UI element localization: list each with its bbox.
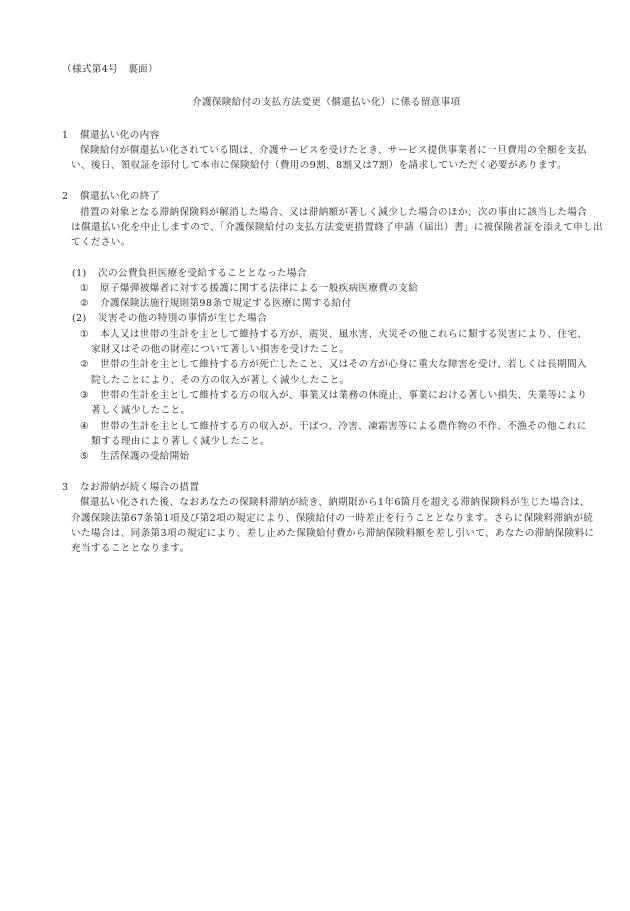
section-heading-text: なお滞納が続く場合の措置 [80, 482, 199, 493]
item-number: (1) [72, 268, 98, 280]
section-2-paragraph-line: 措置の対象となる滞納保険料が解消した場合、又は滞納額が著しく減少した場合のほか、… [80, 207, 587, 219]
item-number: (2) [72, 313, 98, 325]
subitem-2-3: ③世帯の生計を主として維持する方の収入が、事業又は業務の休廃止、事業における著し… [80, 390, 587, 402]
section-heading-text: 償還払い化の内容 [80, 130, 160, 141]
subitem-number: ③ [80, 390, 100, 402]
section-3-paragraph-line: いた場合は、同条第3項の規定により、差し止めた保険給付費から滞納保険料額を差し引… [71, 528, 594, 540]
subitem-text: 介護保険法施行規則第98条で規定する医療に関する給付 [100, 298, 352, 309]
subitem-2-1: ①本人又は世帯の生計を主として維持する方が、震災、風水害、火災その他これらに類す… [80, 329, 587, 341]
subitem-2-5: ⑤生活保護の受給開始 [80, 451, 190, 463]
section-1-paragraph-line: 保険給付が償還払い化されている間は、介護サービスを受けたとき、サービス提供事業者… [80, 145, 587, 157]
subitem-1-1: ①原子爆弾被爆者に対する援護に関する法律による一般疾病医療費の支給 [80, 283, 418, 295]
subitem-2-1-continuation: 家財又はその他の財産について著しい損害を受けたこと。 [91, 344, 349, 356]
subitem-number: ① [80, 283, 100, 295]
section-2-paragraph-line: は償還払い化を中止しますので、「介護保険給付の支払方法変更措置終了申請（届出）書… [71, 222, 603, 234]
subitem-number: ⑤ [80, 451, 100, 463]
subitem-text: 生活保護の受給開始 [100, 451, 190, 462]
section-3-paragraph-line: 償還払い化された後、なおあなたの保険料滞納が続き、納期限から1年6箇月を超える滞… [80, 497, 590, 509]
subitem-number: ② [80, 359, 100, 371]
subitem-text: 世帯の生計を主として維持する方の収入が、事業又は業務の休廃止、事業における著しい… [100, 390, 587, 401]
subitem-1-2: ②介護保険法施行規則第98条で規定する医療に関する給付 [80, 298, 352, 310]
item-1: (1)次の公費負担医療を受給することとなった場合 [72, 268, 307, 280]
subitem-number: ④ [80, 421, 100, 433]
section-1-heading: 1償還払い化の内容 [62, 130, 160, 142]
form-label: （様式第4号 裏面） [62, 64, 158, 76]
item-text: 次の公費負担医療を受給することとなった場合 [98, 268, 307, 279]
section-2-paragraph-line: てください。 [71, 237, 131, 249]
subitem-2-4-continuation: 類する理由により著しく減少したこと。 [91, 436, 270, 448]
subitem-2-3-continuation: 著しく減少したこと。 [91, 405, 190, 417]
subitem-2-4: ④世帯の生計を主として維持する方の収入が、干ばつ、冷害、凍霜害等による農作物の不… [80, 421, 587, 433]
section-3-paragraph-line: 充当することとなります。 [71, 543, 190, 555]
subitem-text: 本人又は世帯の生計を主として維持する方が、震災、風水害、火災その他これらに類する… [100, 329, 587, 340]
subitem-2-2: ②世帯の生計を主として維持する方が死亡したこと、又はその方が心身に重大な障害を受… [80, 359, 587, 371]
section-2-heading: 2償還払い化の終了 [62, 191, 160, 203]
subitem-number: ① [80, 329, 100, 341]
section-number: 1 [62, 130, 80, 142]
section-number: 3 [62, 482, 80, 494]
section-heading-text: 償還払い化の終了 [80, 191, 160, 202]
subitem-number: ② [80, 298, 100, 310]
section-3-heading: 3なお滞納が続く場合の措置 [62, 482, 199, 494]
subitem-text: 世帯の生計を主として維持する方が死亡したこと、又はその方が心身に重大な障害を受け… [100, 359, 587, 370]
document-title: 介護保険給付の支払方法変更（償還払い化）に係る留意事項 [192, 97, 460, 109]
subitem-text: 原子爆弾被爆者に対する援護に関する法律による一般疾病医療費の支給 [100, 283, 418, 294]
document-page: （様式第4号 裏面） 介護保険給付の支払方法変更（償還払い化）に係る留意事項 1… [0, 0, 630, 911]
item-text: 災害その他の特別の事情が生じた場合 [98, 313, 267, 324]
section-3-paragraph-line: 介護保険法第67条第1項及び第2項の規定により、保険給付の一時差止を行うこととな… [71, 513, 593, 525]
subitem-2-2-continuation: 院したことにより、その方の収入が著しく減少したこと。 [91, 375, 350, 387]
section-1-paragraph-line: い、後日、領収証を添付して本市に保険給付（費用の9割、8割又は7割）を請求してい… [71, 160, 567, 172]
item-2: (2)災害その他の特別の事情が生じた場合 [72, 313, 267, 325]
section-number: 2 [62, 191, 80, 203]
subitem-text: 世帯の生計を主として維持する方の収入が、干ばつ、冷害、凍霜害等による農作物の不作… [100, 421, 587, 432]
